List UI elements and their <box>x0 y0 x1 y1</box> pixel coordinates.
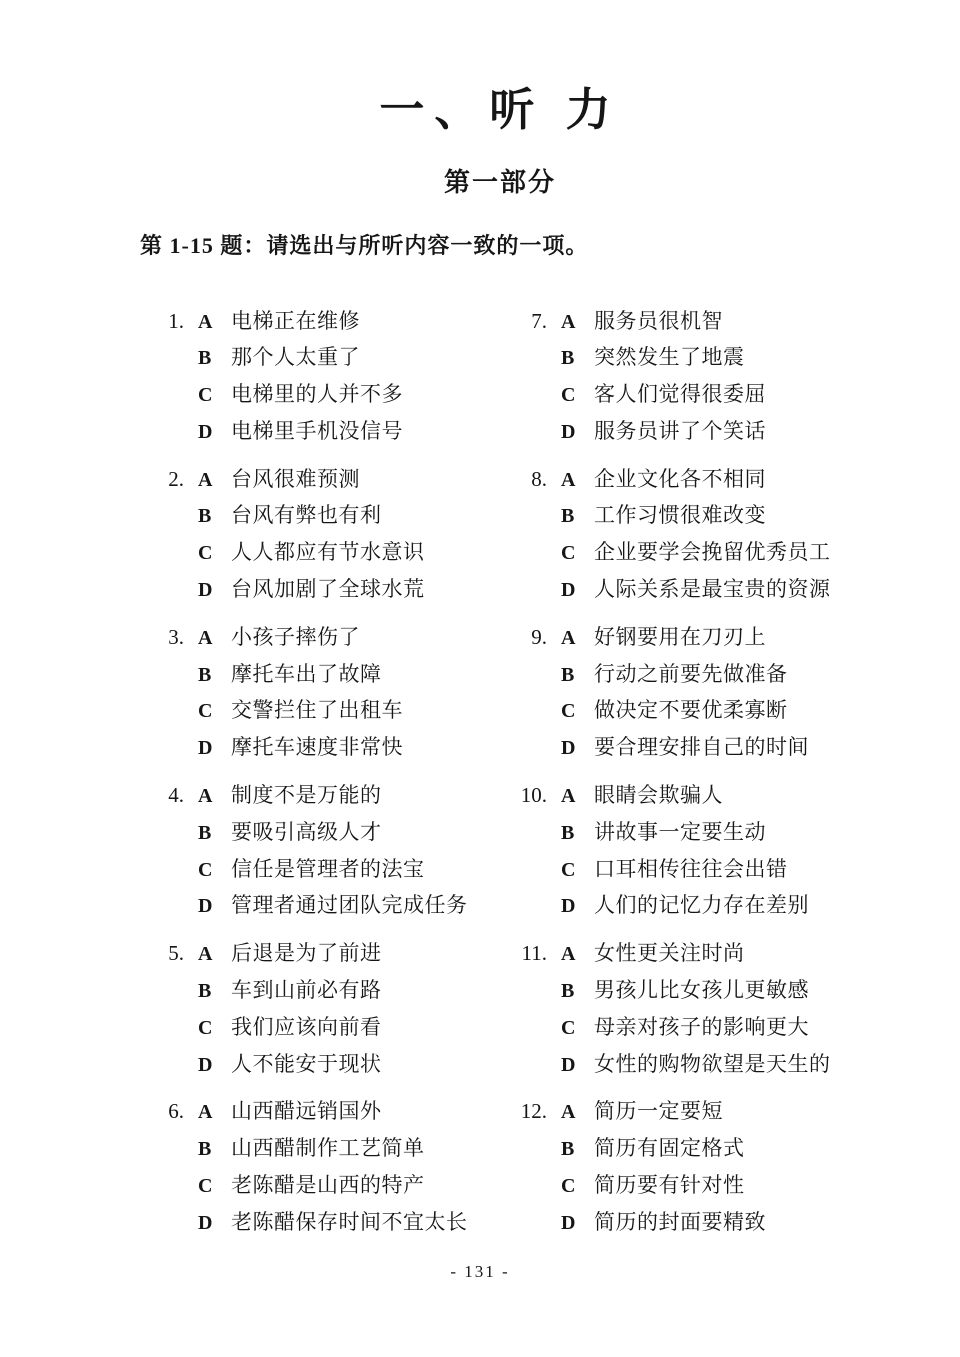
question-number: 12. <box>505 1094 547 1130</box>
option-text: 台风有弊也有利 <box>231 498 382 534</box>
question-number: 10. <box>505 778 547 814</box>
option-row: 3.A小孩子摔伤了 <box>142 620 505 657</box>
option-letter: A <box>198 779 220 815</box>
option-row: C电梯里的人并不多 <box>142 377 505 414</box>
question-block: 4.A制度不是万能的B要吸引高级人才C信任是管理者的法宝D管理者通过团队完成任务 <box>142 778 505 925</box>
option-row: 8.A企业文化各不相同 <box>505 462 960 499</box>
question-block: 3.A小孩子摔伤了B摩托车出了故障C交警拦住了出租车D摩托车速度非常快 <box>142 620 505 767</box>
option-letter: D <box>198 889 220 925</box>
question-number: 11. <box>505 936 547 972</box>
option-letter: D <box>198 731 220 767</box>
option-letter: D <box>198 573 220 609</box>
option-text: 口耳相传往往会出错 <box>594 852 788 888</box>
option-row: 6.A山西醋远销国外 <box>142 1094 505 1131</box>
option-letter: C <box>198 853 220 889</box>
option-letter: A <box>198 621 220 657</box>
question-block: 11.A女性更关注时尚B男孩儿比女孩儿更敏感C母亲对孩子的影响更大D女性的购物欲… <box>505 936 960 1083</box>
option-letter: B <box>198 658 220 694</box>
option-row: C老陈醋是山西的特产 <box>142 1168 505 1205</box>
option-letter: C <box>198 536 220 572</box>
option-letter: D <box>198 1206 220 1242</box>
option-text: 讲故事一定要生动 <box>594 815 766 851</box>
option-letter: B <box>561 816 583 852</box>
option-text: 那个人太重了 <box>231 340 360 376</box>
option-text: 服务员讲了个笑话 <box>594 414 766 450</box>
option-letter: C <box>561 378 583 414</box>
option-letter: C <box>198 378 220 414</box>
question-block: 12.A简历一定要短B简历有固定格式C简历要有针对性D简历的封面要精致 <box>505 1094 960 1241</box>
option-row: D台风加剧了全球水荒 <box>142 572 505 609</box>
option-row: 11.A女性更关注时尚 <box>505 936 960 973</box>
question-number: 6. <box>142 1094 184 1130</box>
option-row: D女性的购物欲望是天生的 <box>505 1047 960 1084</box>
option-text: 交警拦住了出租车 <box>231 693 403 729</box>
option-text: 车到山前必有路 <box>231 973 382 1009</box>
option-letter: A <box>198 463 220 499</box>
option-text: 电梯里手机没信号 <box>231 414 403 450</box>
option-letter: B <box>561 1132 583 1168</box>
option-row: B突然发生了地震 <box>505 340 960 377</box>
option-row: D服务员讲了个笑话 <box>505 414 960 451</box>
option-text: 后退是为了前进 <box>231 936 382 972</box>
option-row: D电梯里手机没信号 <box>142 414 505 451</box>
option-row: B台风有弊也有利 <box>142 498 505 535</box>
option-text: 工作习惯很难改变 <box>594 498 766 534</box>
option-letter: A <box>561 305 583 341</box>
option-letter: C <box>561 694 583 730</box>
questions-column-left: 1.A电梯正在维修B那个人太重了C电梯里的人并不多D电梯里手机没信号2.A台风很… <box>142 304 505 1253</box>
option-row: D要合理安排自己的时间 <box>505 730 960 767</box>
question-number: 9. <box>505 620 547 656</box>
question-block: 10.A眼睛会欺骗人B讲故事一定要生动C口耳相传往往会出错D人们的记忆力存在差别 <box>505 778 960 925</box>
option-letter: C <box>561 1011 583 1047</box>
option-row: B车到山前必有路 <box>142 973 505 1010</box>
option-letter: D <box>561 889 583 925</box>
question-block: 9.A好钢要用在刀刃上B行动之前要先做准备C做决定不要优柔寡断D要合理安排自己的… <box>505 620 960 767</box>
option-row: B行动之前要先做准备 <box>505 657 960 694</box>
option-row: B摩托车出了故障 <box>142 657 505 694</box>
option-letter: B <box>561 341 583 377</box>
option-row: C做决定不要优柔寡断 <box>505 693 960 730</box>
option-letter: B <box>198 499 220 535</box>
option-text: 电梯正在维修 <box>231 304 360 340</box>
option-text: 摩托车速度非常快 <box>231 730 403 766</box>
question-block: 2.A台风很难预测B台风有弊也有利C人人都应有节水意识D台风加剧了全球水荒 <box>142 462 505 609</box>
option-letter: B <box>561 658 583 694</box>
option-text: 摩托车出了故障 <box>231 657 382 693</box>
section-title: 第一部分 <box>40 162 960 199</box>
option-row: D简历的封面要精致 <box>505 1205 960 1242</box>
option-text: 做决定不要优柔寡断 <box>594 693 788 729</box>
option-text: 台风加剧了全球水荒 <box>231 572 425 608</box>
option-letter: D <box>561 573 583 609</box>
option-text: 人们的记忆力存在差别 <box>594 888 809 924</box>
option-row: B男孩儿比女孩儿更敏感 <box>505 973 960 1010</box>
question-block: 8.A企业文化各不相同B工作习惯很难改变C企业要学会挽留优秀员工D人际关系是最宝… <box>505 462 960 609</box>
option-row: 2.A台风很难预测 <box>142 462 505 499</box>
option-text: 山西醋远销国外 <box>231 1094 382 1130</box>
option-row: B简历有固定格式 <box>505 1131 960 1168</box>
option-letter: A <box>198 937 220 973</box>
option-letter: B <box>561 974 583 1010</box>
option-letter: C <box>198 1169 220 1205</box>
option-text: 管理者通过团队完成任务 <box>231 888 468 924</box>
option-text: 要吸引高级人才 <box>231 815 382 851</box>
questions-area: 1.A电梯正在维修B那个人太重了C电梯里的人并不多D电梯里手机没信号2.A台风很… <box>142 304 960 1253</box>
option-text: 女性更关注时尚 <box>594 936 745 972</box>
option-letter: C <box>198 1011 220 1047</box>
questions-column-right: 7.A服务员很机智B突然发生了地震C客人们觉得很委屈D服务员讲了个笑话8.A企业… <box>505 304 960 1253</box>
option-text: 母亲对孩子的影响更大 <box>594 1010 809 1046</box>
option-letter: B <box>198 974 220 1010</box>
option-letter: B <box>561 499 583 535</box>
question-number: 4. <box>142 778 184 814</box>
page-title: 一、听 力 <box>40 86 960 136</box>
option-row: C客人们觉得很委屈 <box>505 377 960 414</box>
question-number: 8. <box>505 462 547 498</box>
option-text: 眼睛会欺骗人 <box>594 778 723 814</box>
option-text: 我们应该向前看 <box>231 1010 382 1046</box>
option-letter: C <box>561 536 583 572</box>
question-number: 1. <box>142 304 184 340</box>
option-row: C信任是管理者的法宝 <box>142 852 505 889</box>
option-row: B山西醋制作工艺简单 <box>142 1131 505 1168</box>
option-letter: B <box>198 816 220 852</box>
option-row: C企业要学会挽留优秀员工 <box>505 535 960 572</box>
option-row: D摩托车速度非常快 <box>142 730 505 767</box>
question-block: 1.A电梯正在维修B那个人太重了C电梯里的人并不多D电梯里手机没信号 <box>142 304 505 451</box>
option-letter: C <box>198 694 220 730</box>
option-text: 企业文化各不相同 <box>594 462 766 498</box>
option-text: 突然发生了地震 <box>594 340 745 376</box>
option-text: 简历一定要短 <box>594 1094 723 1130</box>
option-row: D人们的记忆力存在差别 <box>505 888 960 925</box>
option-text: 要合理安排自己的时间 <box>594 730 809 766</box>
option-text: 小孩子摔伤了 <box>231 620 360 656</box>
instructions-text: 第 1-15 题：请选出与所听内容一致的一项。 <box>140 229 960 260</box>
option-row: 1.A电梯正在维修 <box>142 304 505 341</box>
option-letter: C <box>561 853 583 889</box>
option-text: 人际关系是最宝贵的资源 <box>594 572 831 608</box>
option-text: 制度不是万能的 <box>231 778 382 814</box>
question-block: 7.A服务员很机智B突然发生了地震C客人们觉得很委屈D服务员讲了个笑话 <box>505 304 960 451</box>
option-text: 客人们觉得很委屈 <box>594 377 766 413</box>
option-text: 男孩儿比女孩儿更敏感 <box>594 973 809 1009</box>
option-row: B工作习惯很难改变 <box>505 498 960 535</box>
option-row: 9.A好钢要用在刀刃上 <box>505 620 960 657</box>
option-letter: B <box>198 1132 220 1168</box>
option-row: D管理者通过团队完成任务 <box>142 888 505 925</box>
option-row: 5.A后退是为了前进 <box>142 936 505 973</box>
option-letter: D <box>198 415 220 451</box>
question-number: 3. <box>142 620 184 656</box>
option-row: C交警拦住了出租车 <box>142 693 505 730</box>
option-letter: A <box>561 621 583 657</box>
option-row: B那个人太重了 <box>142 340 505 377</box>
option-row: D人不能安于现状 <box>142 1047 505 1084</box>
option-text: 人不能安于现状 <box>231 1047 382 1083</box>
option-letter: A <box>198 305 220 341</box>
option-text: 简历要有针对性 <box>594 1168 745 1204</box>
option-text: 山西醋制作工艺简单 <box>231 1131 425 1167</box>
option-letter: D <box>561 1048 583 1084</box>
option-row: C口耳相传往往会出错 <box>505 852 960 889</box>
option-text: 信任是管理者的法宝 <box>231 852 425 888</box>
option-row: 12.A简历一定要短 <box>505 1094 960 1131</box>
question-number: 2. <box>142 462 184 498</box>
option-letter: C <box>561 1169 583 1205</box>
option-letter: A <box>561 779 583 815</box>
option-letter: D <box>198 1048 220 1084</box>
question-number: 7. <box>505 304 547 340</box>
option-text: 人人都应有节水意识 <box>231 535 425 571</box>
option-row: C人人都应有节水意识 <box>142 535 505 572</box>
option-row: D老陈醋保存时间不宜太长 <box>142 1205 505 1242</box>
option-letter: D <box>561 1206 583 1242</box>
option-text: 好钢要用在刀刃上 <box>594 620 766 656</box>
question-block: 6.A山西醋远销国外B山西醋制作工艺简单C老陈醋是山西的特产D老陈醋保存时间不宜… <box>142 1094 505 1241</box>
option-row: B要吸引高级人才 <box>142 815 505 852</box>
option-text: 企业要学会挽留优秀员工 <box>594 535 831 571</box>
option-text: 老陈醋保存时间不宜太长 <box>231 1205 468 1241</box>
option-row: C母亲对孩子的影响更大 <box>505 1010 960 1047</box>
option-text: 行动之前要先做准备 <box>594 657 788 693</box>
option-row: 4.A制度不是万能的 <box>142 778 505 815</box>
option-row: C我们应该向前看 <box>142 1010 505 1047</box>
option-letter: A <box>198 1095 220 1131</box>
option-row: 7.A服务员很机智 <box>505 304 960 341</box>
option-letter: D <box>561 731 583 767</box>
option-text: 服务员很机智 <box>594 304 723 340</box>
option-row: B讲故事一定要生动 <box>505 815 960 852</box>
page-number: - 131 - <box>0 1262 960 1282</box>
question-number: 5. <box>142 936 184 972</box>
option-letter: D <box>561 415 583 451</box>
option-letter: B <box>198 341 220 377</box>
option-text: 女性的购物欲望是天生的 <box>594 1047 831 1083</box>
option-text: 简历有固定格式 <box>594 1131 745 1167</box>
option-row: C简历要有针对性 <box>505 1168 960 1205</box>
exam-page: 一、听 力 第一部分 第 1-15 题：请选出与所听内容一致的一项。 1.A电梯… <box>0 86 960 1253</box>
question-block: 5.A后退是为了前进B车到山前必有路C我们应该向前看D人不能安于现状 <box>142 936 505 1083</box>
option-row: D人际关系是最宝贵的资源 <box>505 572 960 609</box>
option-row: 10.A眼睛会欺骗人 <box>505 778 960 815</box>
option-text: 台风很难预测 <box>231 462 360 498</box>
option-letter: A <box>561 463 583 499</box>
option-text: 电梯里的人并不多 <box>231 377 403 413</box>
option-letter: A <box>561 1095 583 1131</box>
option-text: 简历的封面要精致 <box>594 1205 766 1241</box>
option-text: 老陈醋是山西的特产 <box>231 1168 425 1204</box>
option-letter: A <box>561 937 583 973</box>
